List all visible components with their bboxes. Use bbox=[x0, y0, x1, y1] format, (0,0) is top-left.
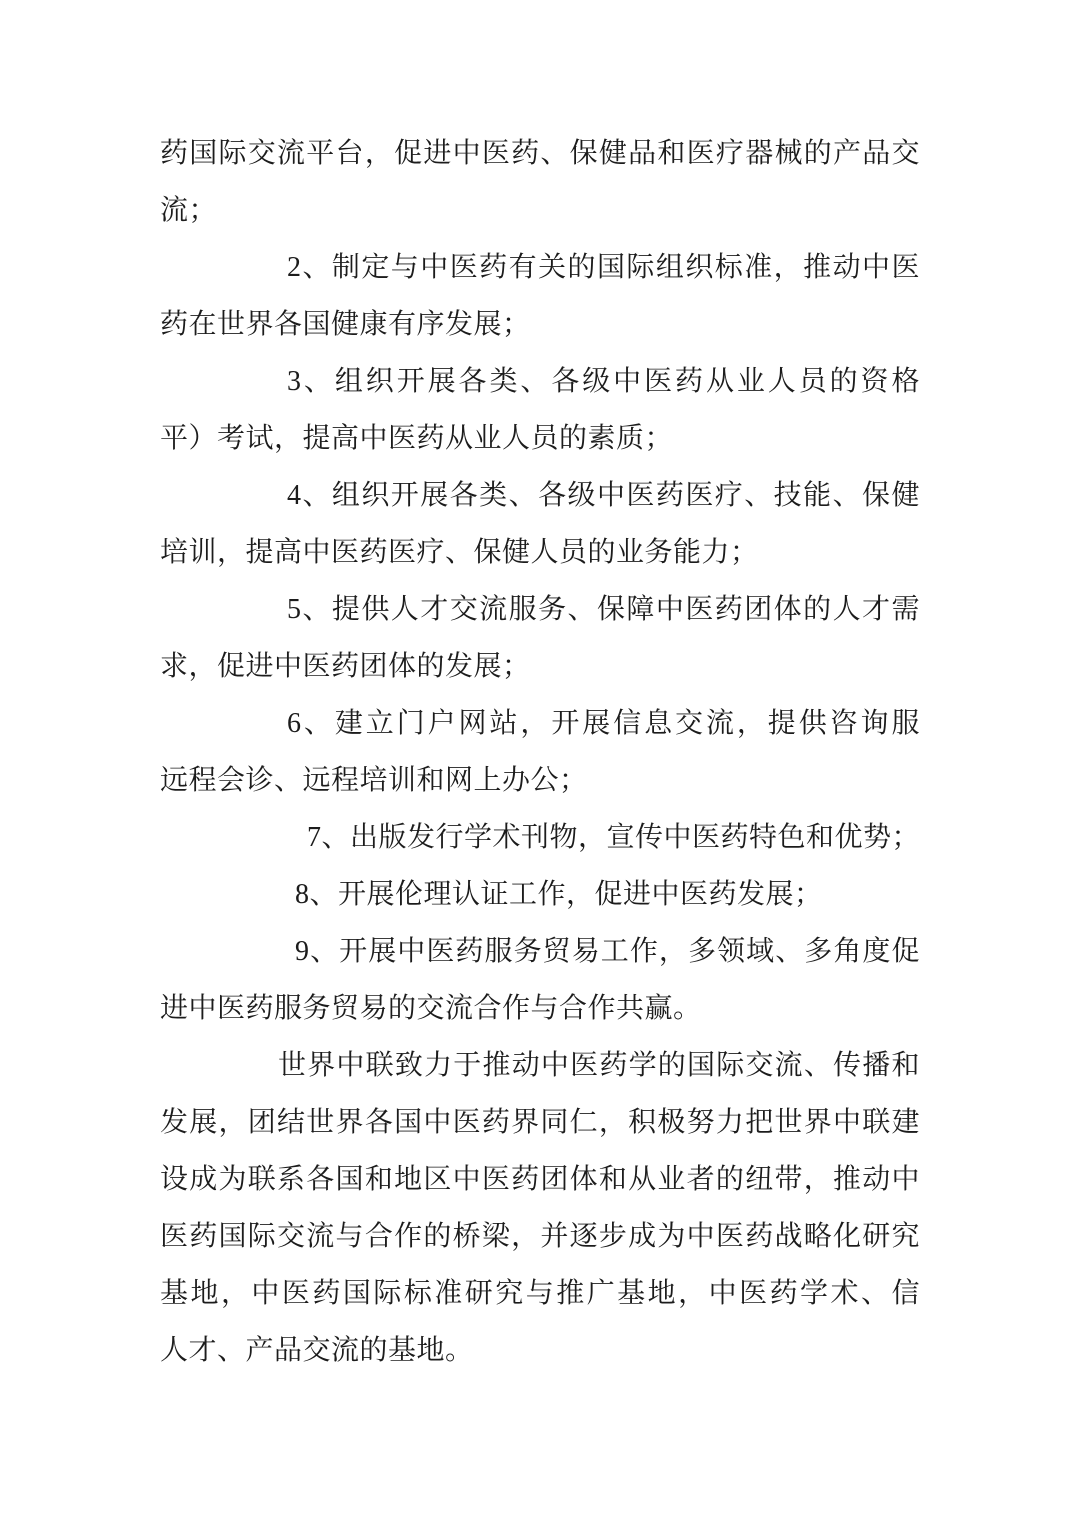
text-line: 4、组织开展各类、各级中医药医疗、技能、保健 bbox=[160, 467, 920, 524]
text-line: 求，促进中医药团体的发展； bbox=[160, 638, 920, 695]
text-line: 6、建立门户网站，开展信息交流，提供咨询服务、 bbox=[160, 695, 920, 752]
text-line: 基地，中医药国际标准研究与推广基地，中医药学术、信息、 bbox=[160, 1265, 920, 1322]
text-line: 人才、产品交流的基地。 bbox=[160, 1322, 920, 1379]
text-line: 远程会诊、远程培训和网上办公； bbox=[160, 752, 920, 809]
text-line: 8、开展伦理认证工作，促进中医药发展； bbox=[160, 866, 920, 923]
text-line: 2、制定与中医药有关的国际组织标准，推动中医 bbox=[160, 239, 920, 296]
text-line: 医药国际交流与合作的桥梁，并逐步成为中医药战略化研究 bbox=[160, 1208, 920, 1265]
text-line: 平）考试，提高中医药从业人员的素质； bbox=[160, 410, 920, 467]
text-line: 培训，提高中医药医疗、保健人员的业务能力； bbox=[160, 524, 920, 581]
text-line: 发展，团结世界各国中医药界同仁，积极努力把世界中联建 bbox=[160, 1094, 920, 1151]
text-line: 5、提供人才交流服务、保障中医药团体的人才需 bbox=[160, 581, 920, 638]
document-body: 药国际交流平台，促进中医药、保健品和医疗器械的产品交 流； 2、制定与中医药有关… bbox=[160, 125, 920, 1379]
text-line: 进中医药服务贸易的交流合作与合作共赢。 bbox=[160, 980, 920, 1037]
text-line: 设成为联系各国和地区中医药团体和从业者的纽带，推动中 bbox=[160, 1151, 920, 1208]
text-line: 世界中联致力于推动中医药学的国际交流、传播和 bbox=[160, 1037, 920, 1094]
scanned-document-page: 药国际交流平台，促进中医药、保健品和医疗器械的产品交 流； 2、制定与中医药有关… bbox=[0, 0, 1080, 1527]
text-line: 药国际交流平台，促进中医药、保健品和医疗器械的产品交 bbox=[160, 125, 920, 182]
text-line: 药在世界各国健康有序发展； bbox=[160, 296, 920, 353]
text-line: 流； bbox=[160, 182, 920, 239]
text-line: 7、出版发行学术刊物，宣传中医药特色和优势； bbox=[160, 809, 920, 866]
text-line: 3、组织开展各类、各级中医药从业人员的资格（水 bbox=[160, 353, 920, 410]
text-line: 9、开展中医药服务贸易工作，多领域、多角度促 bbox=[160, 923, 920, 980]
